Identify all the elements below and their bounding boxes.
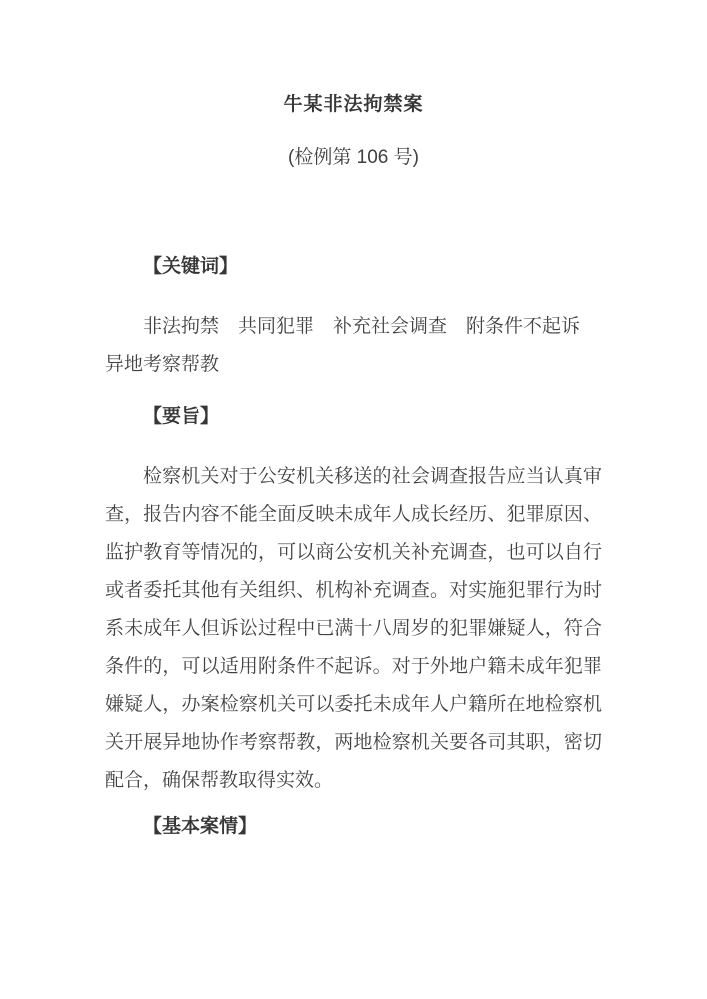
case-number: (检例第 106 号) (105, 144, 602, 172)
facts-section-heading: 【基本案情】 (105, 808, 602, 846)
document-page: 牛某非法拘禁案 (检例第 106 号) 【关键词】 非法拘禁 共同犯罪 补充社会… (0, 0, 707, 999)
summary-paragraph: 检察机关对于公安机关移送的社会调查报告应当认真审查，报告内容不能全面反映未成年人… (105, 458, 602, 800)
document-title: 牛某非法拘禁案 (105, 91, 602, 119)
keywords-section-heading: 【关键词】 (105, 248, 602, 286)
summary-section-heading: 【要旨】 (105, 398, 602, 436)
keywords-list: 非法拘禁 共同犯罪 补充社会调查 附条件不起诉 异地考察帮教 (105, 308, 602, 384)
document-content: 牛某非法拘禁案 (检例第 106 号) 【关键词】 非法拘禁 共同犯罪 补充社会… (0, 0, 707, 846)
